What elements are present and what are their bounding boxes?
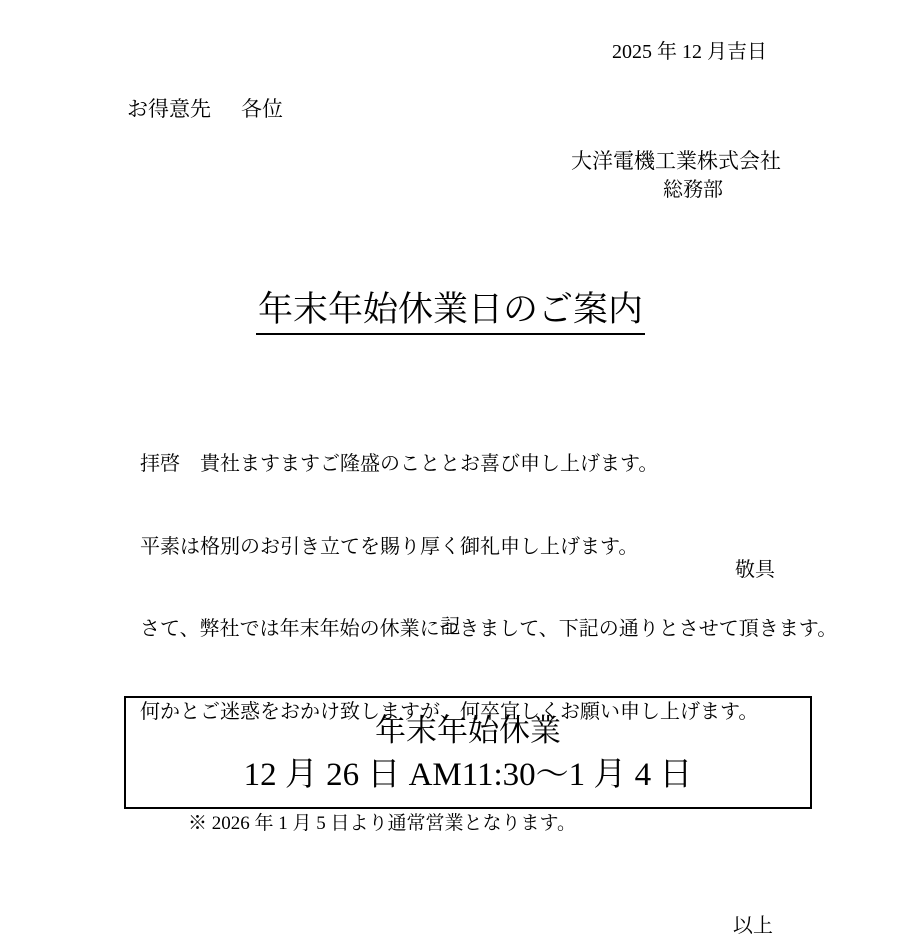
document-title: 年末年始休業日のご案内 (256, 290, 645, 335)
holiday-box-heading: 年末年始休業 (126, 712, 810, 750)
document-page: 2025 年 12 月吉日 お得意先各位 大洋電機工業株式会社 総務部 年末年始… (0, 0, 901, 942)
body-line: 平素は格別のお引き立てを賜り厚く御礼申し上げます。 (140, 534, 837, 562)
reopening-note: ※ 2026 年 1 月 5 日より通常営業となります。 (188, 812, 576, 836)
end-marker-ijou: 以上 (733, 914, 773, 939)
document-date: 2025 年 12 月吉日 (612, 40, 767, 64)
record-marker-row: 記 (0, 615, 901, 640)
sender-company: 大洋電機工業株式会社 (571, 149, 781, 174)
holiday-period: 12 月 26 日 AM11:30～1 月 4 日 (126, 754, 810, 796)
title-row: 年末年始休業日のご案内 (0, 290, 901, 335)
holiday-notice-box: 年末年始休業 12 月 26 日 AM11:30～1 月 4 日 (124, 696, 812, 809)
record-marker: 記 (441, 616, 461, 638)
recipient-honorific: 各位 (241, 97, 283, 121)
recipient-name: お得意先 (127, 97, 211, 121)
recipient-line: お得意先各位 (127, 96, 283, 122)
closing-keigu: 敬具 (735, 558, 775, 583)
sender-department: 総務部 (663, 178, 723, 202)
body-line: 拝啓 貴社ますますご隆盛のこととお喜び申し上げます。 (140, 451, 837, 479)
